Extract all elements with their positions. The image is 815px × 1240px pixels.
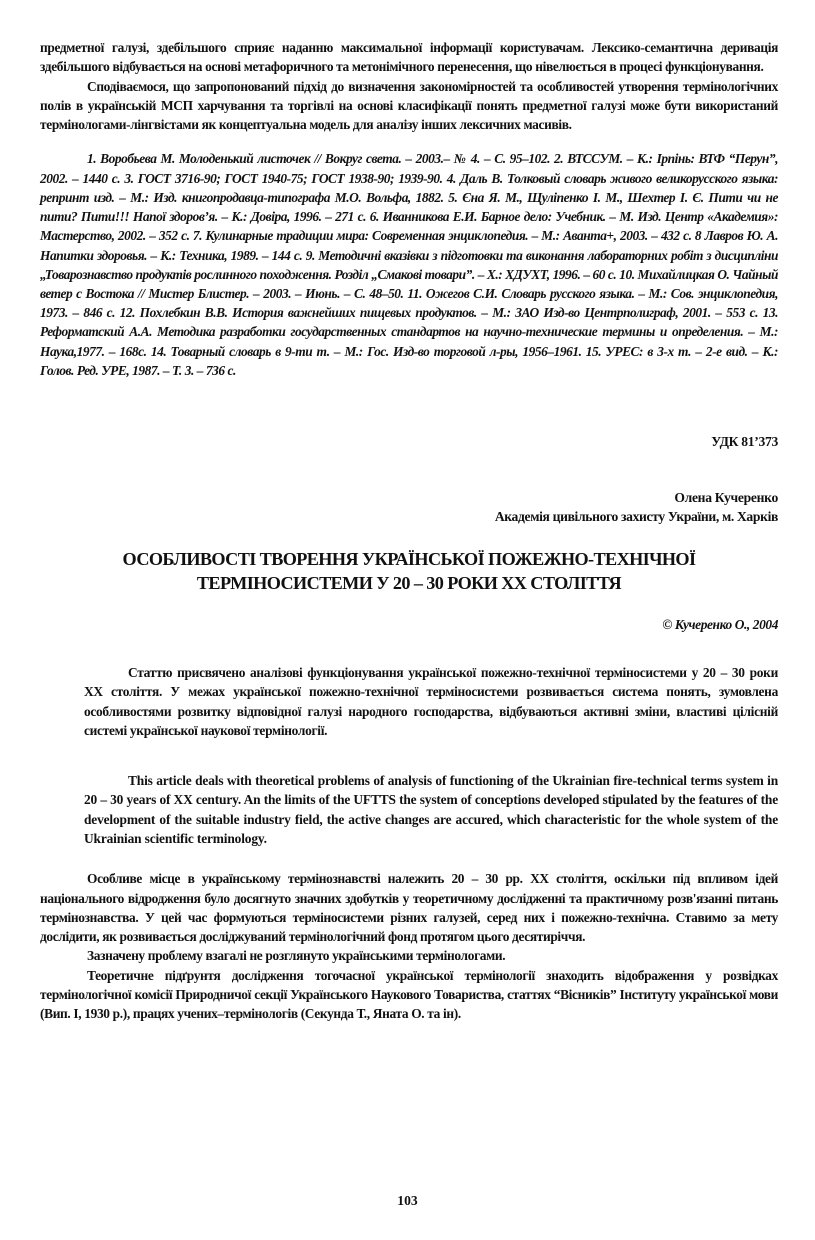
references-list: 1. Воробьева М. Молоденький листочек // … <box>40 149 778 379</box>
title-line-1: ОСОБЛИВОСТІ ТВОРЕННЯ УКРАЇНСЬКОЇ ПОЖЕЖНО… <box>123 549 696 569</box>
udc-code: УДК 81’373 <box>40 434 778 450</box>
document-page: предметної галузі, здебільшого сприяє на… <box>40 38 778 1024</box>
body-paragraph: Зазначену проблему взагалі не розглянуто… <box>40 946 778 965</box>
author-affiliation: Академія цивільного захисту України, м. … <box>40 507 778 526</box>
author-name: Олена Кучеренко <box>40 488 778 507</box>
article-title: ОСОБЛИВОСТІ ТВОРЕННЯ УКРАЇНСЬКОЇ ПОЖЕЖНО… <box>40 547 778 595</box>
paragraph: Сподіваємося, що запропонований підхід д… <box>40 77 778 135</box>
abstract-english: This article deals with theoretical prob… <box>84 771 778 848</box>
article-body: Особливе місце в українському термінозна… <box>40 869 778 1023</box>
copyright-notice: © Кучеренко О., 2004 <box>40 617 778 633</box>
body-paragraph: Особливе місце в українському термінозна… <box>40 869 778 946</box>
title-line-2: ТЕРМІНОСИСТЕМИ У 20 – 30 РОКИ ХХ СТОЛІТТ… <box>197 573 621 593</box>
body-paragraph: Теоретичне підґрунтя дослідження тогочас… <box>40 966 778 1024</box>
page-number: 103 <box>0 1193 815 1209</box>
previous-article-conclusion: предметної галузі, здебільшого сприяє на… <box>40 38 778 134</box>
paragraph: предметної галузі, здебільшого сприяє на… <box>40 38 778 77</box>
abstract-ukrainian: Статтю присвячено аналізові функціонуван… <box>84 663 778 740</box>
